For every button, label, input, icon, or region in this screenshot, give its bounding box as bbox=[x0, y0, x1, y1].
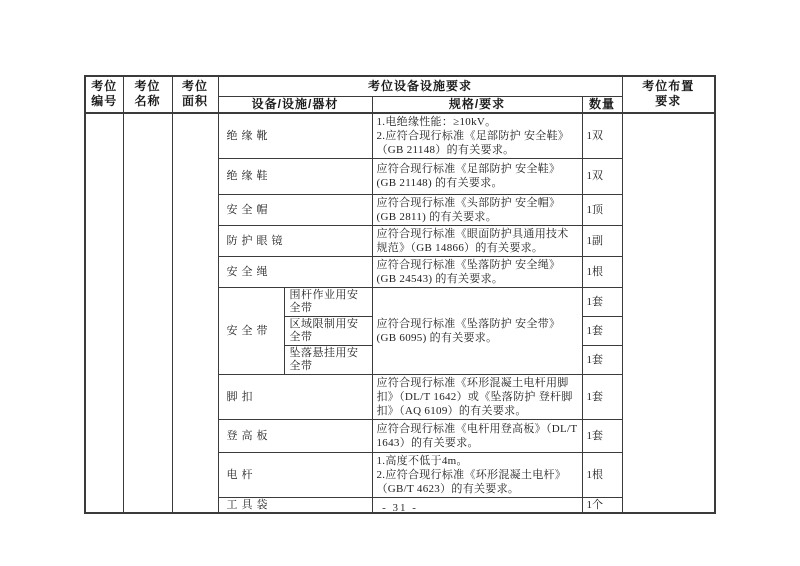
device-qty: 1套 bbox=[582, 419, 622, 452]
device-qty: 1根 bbox=[582, 452, 622, 497]
exam-station-requirements-table: 考位 编号 考位 名称 考位 面积 考位设备设施要求 考位布置 要求 设备/设施… bbox=[84, 75, 716, 514]
device-spec: 应符合现行标准《眼面防护具通用技术规范》（GB 14866）的有关要求。 bbox=[372, 225, 582, 256]
device-spec: 1.电绝缘性能：≥10kV。 2.应符合现行标准《足部防护 安全鞋》（GB 21… bbox=[372, 113, 582, 159]
device-qty: 1套 bbox=[582, 374, 622, 419]
device-name: 防护眼镜 bbox=[218, 225, 372, 256]
exam-no-cell bbox=[85, 113, 123, 513]
page-number: - 31 - bbox=[0, 502, 800, 514]
device-name: 电杆 bbox=[218, 452, 372, 497]
device-subitem: 区域限制用安全带 bbox=[284, 316, 372, 345]
device-qty: 1副 bbox=[582, 225, 622, 256]
header-qty: 数量 bbox=[582, 96, 622, 113]
document-page: 考位 编号 考位 名称 考位 面积 考位设备设施要求 考位布置 要求 设备/设施… bbox=[0, 0, 800, 566]
header-exam-name: 考位 名称 bbox=[123, 76, 172, 113]
device-name: 登高板 bbox=[218, 419, 372, 452]
header-row-1: 考位 编号 考位 名称 考位 面积 考位设备设施要求 考位布置 要求 bbox=[85, 76, 715, 96]
device-qty: 1套 bbox=[582, 345, 622, 374]
header-exam-no: 考位 编号 bbox=[85, 76, 123, 113]
header-spec: 规格/要求 bbox=[372, 96, 582, 113]
device-name: 绝缘鞋 bbox=[218, 158, 372, 194]
layout-requirements-cell bbox=[622, 113, 715, 513]
device-spec: 应符合现行标准《坠落防护 安全带》(GB 6095) 的有关要求。 bbox=[372, 287, 582, 374]
device-spec: 应符合现行标准《足部防护 安全鞋》(GB 21148) 的有关要求。 bbox=[372, 158, 582, 194]
header-device: 设备/设施/器材 bbox=[218, 96, 372, 113]
exam-name-cell bbox=[123, 113, 172, 513]
header-equipment-requirements: 考位设备设施要求 bbox=[218, 76, 622, 96]
exam-area-cell bbox=[172, 113, 218, 513]
device-name: 安全绳 bbox=[218, 256, 372, 287]
device-name: 脚扣 bbox=[218, 374, 372, 419]
device-spec: 应符合现行标准《电杆用登高板》（DL/T 1643）的有关要求。 bbox=[372, 419, 582, 452]
device-subitem: 围杆作业用安全带 bbox=[284, 287, 372, 316]
device-qty: 1根 bbox=[582, 256, 622, 287]
device-qty: 1套 bbox=[582, 316, 622, 345]
device-spec: 1.高度不低于4m。 2.应符合现行标准《环形混凝土电杆》（GB/T 4623）… bbox=[372, 452, 582, 497]
header-exam-area: 考位 面积 bbox=[172, 76, 218, 113]
device-subitem: 坠落悬挂用安全带 bbox=[284, 345, 372, 374]
header-layout-requirements: 考位布置 要求 bbox=[622, 76, 715, 113]
device-qty: 1顶 bbox=[582, 194, 622, 225]
device-name: 安全帽 bbox=[218, 194, 372, 225]
device-spec: 应符合现行标准《环形混凝土电杆用脚扣》（DL/T 1642）或《坠落防护 登杆脚… bbox=[372, 374, 582, 419]
device-spec: 应符合现行标准《坠落防护 安全绳》(GB 24543) 的有关要求。 bbox=[372, 256, 582, 287]
device-qty: 1双 bbox=[582, 158, 622, 194]
device-qty: 1双 bbox=[582, 113, 622, 159]
device-name: 绝缘靴 bbox=[218, 113, 372, 159]
table-row: 绝缘靴 1.电绝缘性能：≥10kV。 2.应符合现行标准《足部防护 安全鞋》（G… bbox=[85, 113, 715, 159]
device-spec: 应符合现行标准《头部防护 安全帽》(GB 2811) 的有关要求。 bbox=[372, 194, 582, 225]
device-group-name: 安全带 bbox=[218, 287, 284, 374]
device-qty: 1套 bbox=[582, 287, 622, 316]
